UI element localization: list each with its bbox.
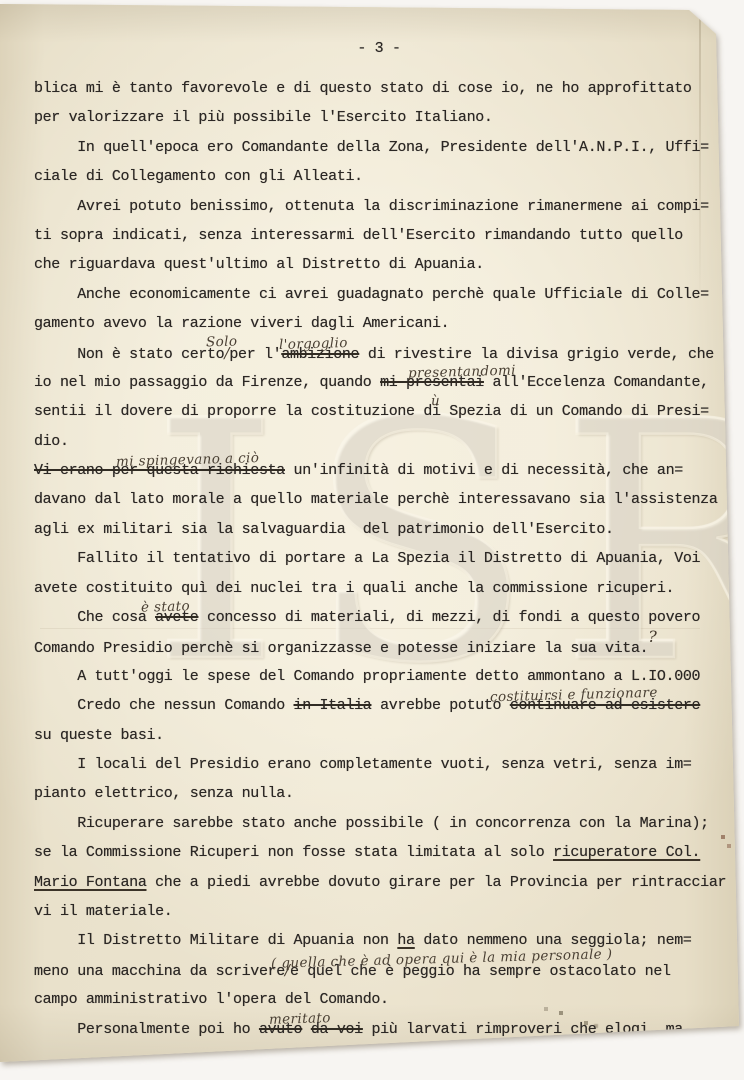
typed-text: pianto elettrico, senza nulla. bbox=[34, 785, 294, 802]
typed-text: io nel mio passaggio da Firenze, quando bbox=[34, 374, 380, 391]
typed-text: e quel che è peggio ha sempre ostacolato… bbox=[290, 963, 671, 980]
document-line: Che cosa aveteè stato concesso di materi… bbox=[34, 603, 724, 632]
typed-text: vi il materiale. bbox=[34, 903, 172, 920]
typed-text: gamento avevo la razione viveri dagli Am… bbox=[34, 315, 449, 332]
typed-text: aveteè stato bbox=[155, 609, 198, 626]
typed-text: Vi erano per questa richiestami spingeva… bbox=[34, 462, 285, 479]
document-line: sentii il dovere di proporre la costituz… bbox=[34, 397, 724, 426]
typed-text: un'infinità di motivi e di necessità, ch… bbox=[285, 462, 683, 479]
typed-text: ricuperatore Col. bbox=[553, 844, 700, 861]
typed-text: all'Eccelenza Comandante, bbox=[484, 374, 709, 391]
document-line: Comando Presidio perchè si organizzasse … bbox=[34, 632, 724, 661]
typed-text: dio. bbox=[34, 433, 69, 450]
document-line: per valorizzare il più possibile l'Eserc… bbox=[34, 103, 724, 132]
document-line: Vi erano per questa richiestami spingeva… bbox=[34, 456, 724, 485]
typed-text: ti sopra indicati, senza interessarmi de… bbox=[34, 227, 683, 244]
typed-text: Mario Fontana bbox=[34, 874, 146, 891]
typed-text: Non è stato certo bbox=[34, 346, 224, 363]
typed-text: Credo che nessun Comando bbox=[34, 697, 294, 714]
document-line: pianto elettrico, senza nulla. bbox=[34, 779, 724, 808]
typed-text: agli ex militari sia la salvaguardia del… bbox=[34, 521, 614, 538]
document-line: Avrei potuto benissimo, ottenuta la disc… bbox=[34, 192, 724, 221]
paper-sheet: ISR - 3 - blica mi è tanto favorevole e … bbox=[0, 0, 744, 1068]
document-line: Ricuperare sarebbe stato anche possibile… bbox=[34, 809, 724, 838]
typed-text: per l' bbox=[229, 346, 281, 363]
document-line: gamento avevo la razione viveri dagli Am… bbox=[34, 309, 724, 338]
handwritten-annotation: è stato bbox=[141, 592, 191, 623]
document-line: Anche economicamente ci avrei guadagnato… bbox=[34, 280, 724, 309]
typed-text: Fallito il tentativo di portare a La Spe… bbox=[34, 550, 700, 567]
document-body: blica mi è tanto favorevole e di questo … bbox=[34, 74, 724, 1044]
document-line: Mario Fontana che a piedi avrebbe dovuto… bbox=[34, 868, 724, 897]
typed-text: sentii il dovere di proporre la costituz… bbox=[34, 403, 423, 420]
typed-text: Personalmente poi ho bbox=[34, 1021, 259, 1038]
scanned-document: ISR - 3 - blica mi è tanto favorevole e … bbox=[0, 0, 744, 1080]
typed-text: blica mi è tanto favorevole e di questo … bbox=[34, 80, 692, 97]
handwritten-text: ? bbox=[648, 627, 657, 646]
document-line: agli ex militari sia la salvaguardia del… bbox=[34, 515, 724, 544]
typed-text: continuare ad esisterecostituirsi e funz… bbox=[510, 697, 700, 714]
document-text: - 3 - blica mi è tanto favorevole e di q… bbox=[34, 38, 724, 1044]
document-line: io nel mio passaggio da Firenze, quando … bbox=[34, 368, 724, 397]
document-line: I locali del Presidio erano completament… bbox=[34, 750, 724, 779]
typed-text: Ricuperare sarebbe stato anche possibile… bbox=[34, 815, 709, 832]
typed-text: concesso di materiali, di mezzi, di fond… bbox=[198, 609, 700, 626]
typed-text: Anche economicamente ci avrei guadagnato… bbox=[34, 286, 709, 303]
typed-text: Avrei potuto benissimo, ottenuta la disc… bbox=[34, 198, 709, 215]
typed-text: diù bbox=[423, 403, 440, 420]
typed-text: Comando Presidio perchè si organizzasse … bbox=[34, 640, 648, 657]
typed-text: in Italia bbox=[294, 697, 372, 714]
typed-text: che riguardava quest'ultimo al Distretto… bbox=[34, 256, 484, 273]
paper-speckles bbox=[0, 0, 2, 2]
typed-text: se la Commissione Ricuperi non fosse sta… bbox=[34, 844, 553, 861]
typed-text: più larvati rimproveri che elogi, ma bbox=[363, 1021, 683, 1038]
typed-text: I locali del Presidio erano completament… bbox=[34, 756, 692, 773]
typed-text: Che cosa bbox=[34, 609, 155, 626]
typed-text: che a piedi avrebbe dovuto girare per la… bbox=[146, 874, 726, 891]
document-line: Non è stato certo/Soloper l'ambizionel'o… bbox=[34, 339, 724, 368]
document-line: ti sopra indicati, senza interessarmi de… bbox=[34, 221, 724, 250]
document-line: Fallito il tentativo di portare a La Spe… bbox=[34, 544, 724, 573]
typed-text: per valorizzare il più possibile l'Eserc… bbox=[34, 109, 493, 126]
typed-text: su queste basi. bbox=[34, 727, 164, 744]
document-line: su queste basi. bbox=[34, 721, 724, 750]
handwritten-annotation: costituirsi e funzionare bbox=[489, 679, 658, 713]
handwritten-annotation: l'orgoglio bbox=[279, 329, 349, 360]
handwritten-annotation: mi spingevano a ciò bbox=[116, 444, 260, 477]
paper-shadow: ISR - 3 - blica mi è tanto favorevole e … bbox=[0, 0, 744, 1080]
typed-text: ambizionel'orgoglio bbox=[281, 346, 359, 363]
typed-text: Spezia di un Comando di Presi= bbox=[441, 403, 709, 420]
document-line: Personalmente poi ho avutomeritato da vo… bbox=[34, 1015, 724, 1044]
document-line: In quell'epoca ero Comandante della Zona… bbox=[34, 133, 724, 162]
document-line: che riguardava quest'ultimo al Distretto… bbox=[34, 250, 724, 279]
document-line: Credo che nessun Comando in Italia avreb… bbox=[34, 691, 724, 720]
typed-text: campo amministrativo l'opera del Comando… bbox=[34, 991, 389, 1008]
typed-text: avutomeritato bbox=[259, 1021, 302, 1038]
document-line: avete costituito quì dei nuclei tra i qu… bbox=[34, 574, 724, 603]
handwritten-annotation: ù bbox=[431, 387, 441, 417]
document-line: davano dal lato morale a quello material… bbox=[34, 485, 724, 514]
typed-text bbox=[302, 1021, 311, 1038]
typed-text: da voi bbox=[311, 1021, 363, 1038]
document-line: blica mi è tanto favorevole e di questo … bbox=[34, 74, 724, 103]
document-line: campo amministrativo l'opera del Comando… bbox=[34, 985, 724, 1014]
document-line: ciale di Collegamento con gli Alleati. bbox=[34, 162, 724, 191]
page-number: - 3 - bbox=[34, 38, 724, 74]
typed-text: ciale di Collegamento con gli Alleati. bbox=[34, 168, 363, 185]
document-line: se la Commissione Ricuperi non fosse sta… bbox=[34, 838, 724, 867]
document-line: meno una macchina da scrivere/( quella c… bbox=[34, 956, 724, 985]
typed-text: meno una macchina da scrivere bbox=[34, 963, 285, 980]
typed-text: avete costituito quì dei nuclei tra i qu… bbox=[34, 580, 674, 597]
typed-text: In quell'epoca ero Comandante della Zona… bbox=[34, 139, 709, 156]
typed-text: davano dal lato morale a quello material… bbox=[34, 491, 717, 508]
document-line: vi il materiale. bbox=[34, 897, 724, 926]
